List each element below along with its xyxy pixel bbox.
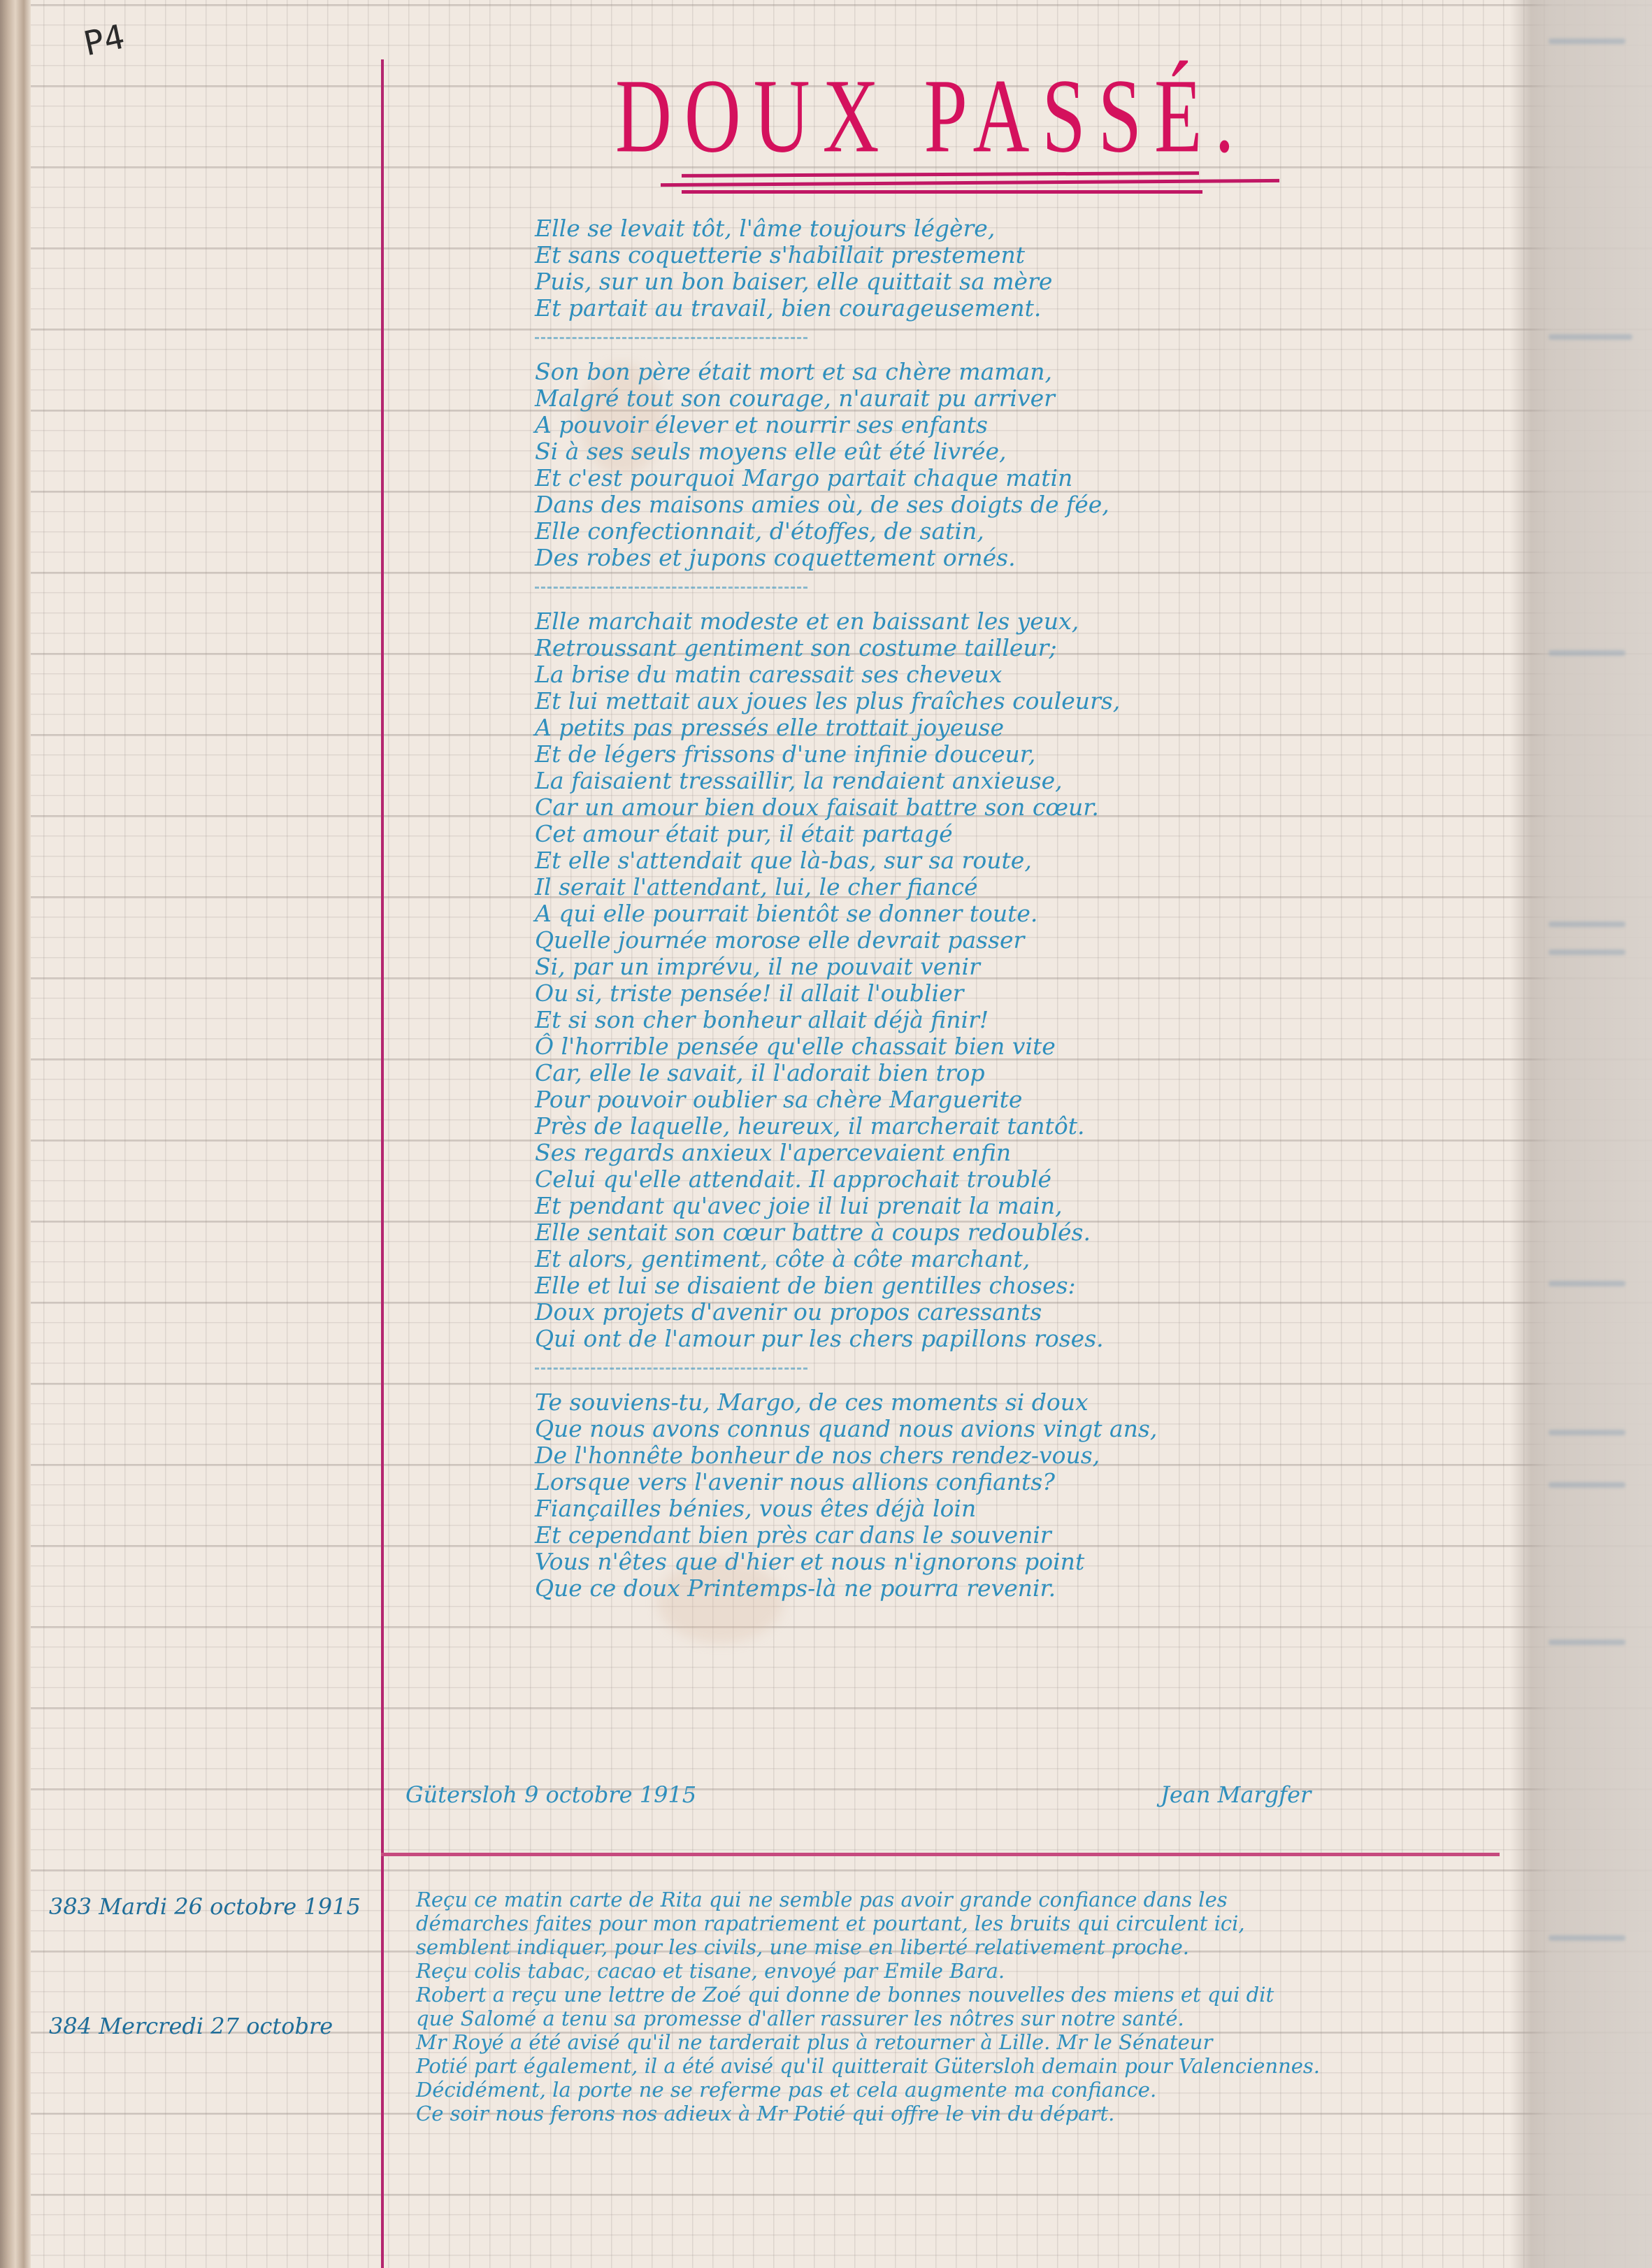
poem-line: A pouvoir élever et nourrir ses enfants: [535, 412, 1374, 438]
poem-line: Dans des maisons amies où, de ses doigts…: [535, 491, 1374, 518]
poem-line: Près de laquelle, heureux, il marcherait…: [535, 1113, 1374, 1140]
poem-line: Elle confectionnait, d'étoffes, de satin…: [535, 518, 1374, 545]
poem-line: De l'honnête bonheur de nos chers rendez…: [535, 1442, 1374, 1469]
title-underline: [661, 179, 1279, 187]
journal-line: Robert a reçu une lettre de Zoé qui donn…: [416, 1983, 1500, 2007]
journal-line: Décidément, la porte ne se referme pas e…: [416, 2078, 1500, 2102]
journal-line: semblent indiquer, pour les civils, une …: [416, 1935, 1500, 1959]
poem-line: Et lui mettait aux joues les plus fraîch…: [535, 688, 1374, 715]
journal-entry: Reçu ce matin carte de Rita qui ne sembl…: [416, 1888, 1500, 1983]
poem-line: Il serait l'attendant, lui, le cher fian…: [535, 874, 1374, 900]
poem-line: Et alors, gentiment, côte à côte marchan…: [535, 1246, 1374, 1272]
poem-line: Elle et lui se disaient de bien gentille…: [535, 1272, 1374, 1299]
poem-line: Elle sentait son cœur battre à coups red…: [535, 1219, 1374, 1246]
journal-line: Ce soir nous ferons nos adieux à Mr Poti…: [416, 2102, 1500, 2125]
poem-body: Elle se levait tôt, l'âme toujours légèr…: [535, 215, 1374, 1602]
section-divider: [381, 1853, 1500, 1856]
ink-bleed-mark: [1549, 949, 1625, 955]
poem-line: Te souviens-tu, Margo, de ces moments si…: [535, 1389, 1374, 1416]
ink-bleed-mark: [1549, 1430, 1625, 1435]
margin-line: [381, 59, 384, 2268]
journal-line: Mr Royé a été avisé qu'il ne tarderait p…: [416, 2030, 1500, 2054]
journal-line: Reçu colis tabac, cacao et tisane, envoy…: [416, 1959, 1500, 1983]
poem-signature: Jean Margfer: [1161, 1781, 1311, 1808]
journal-line: que Salomé a tenu sa promesse d'aller ra…: [416, 2007, 1500, 2030]
poem-line: Doux projets d'avenir ou propos caressan…: [535, 1299, 1374, 1326]
page-binding-edge: [0, 0, 31, 2268]
poem-stanza: Te souviens-tu, Margo, de ces moments si…: [535, 1389, 1374, 1602]
poem-stanza: Elle se levait tôt, l'âme toujours légèr…: [535, 215, 1374, 322]
poem-line: A petits pas pressés elle trottait joyeu…: [535, 715, 1374, 741]
poem-line: Puis, sur un bon baiser, elle quittait s…: [535, 268, 1374, 295]
poem-line: Car, elle le savait, il l'adorait bien t…: [535, 1060, 1374, 1086]
stanza-separator: [535, 587, 807, 589]
poem-title: DOUX PASSÉ.: [615, 56, 1272, 178]
poem-line: Ou si, triste pensée! il allait l'oublie…: [535, 980, 1374, 1007]
poem-line: Vous n'êtes que d'hier et nous n'ignoron…: [535, 1549, 1374, 1575]
stanza-separator: [535, 337, 807, 339]
poem-line: Et pendant qu'avec joie il lui prenait l…: [535, 1193, 1374, 1219]
poem-line: Des robes et jupons coquettement ornés.: [535, 545, 1374, 571]
poem-line: Si, par un imprévu, il ne pouvait venir: [535, 954, 1374, 980]
poem-line: Retroussant gentiment son costume taille…: [535, 635, 1374, 661]
page-number: P4: [80, 17, 128, 64]
ink-bleed-mark: [1549, 650, 1625, 656]
ink-bleed-mark: [1549, 1281, 1625, 1286]
poem-line: Pour pouvoir oublier sa chère Marguerite: [535, 1086, 1374, 1113]
title-underline: [682, 190, 1202, 194]
journal-body: Reçu ce matin carte de Rita qui ne sembl…: [416, 1888, 1500, 2125]
poem-line: Fiançailles bénies, vous êtes déjà loin: [535, 1495, 1374, 1522]
stanza-separator: [535, 1368, 807, 1370]
poem-line: Et cependant bien près car dans le souve…: [535, 1522, 1374, 1549]
ink-bleed-mark: [1549, 334, 1632, 340]
ink-bleed-mark: [1549, 1482, 1625, 1488]
ink-bleed-mark: [1549, 38, 1625, 44]
poem-place-date: Gütersloh 9 octobre 1915: [405, 1781, 696, 1808]
poem-line: Cet amour était pur, il était partagé: [535, 821, 1374, 847]
poem-line: Qui ont de l'amour pur les chers papillo…: [535, 1326, 1374, 1352]
poem-line: Car un amour bien doux faisait battre so…: [535, 794, 1374, 821]
poem-line: Ses regards anxieux l'apercevaient enfin: [535, 1140, 1374, 1166]
ink-bleed-mark: [1549, 1935, 1625, 1941]
poem-line: Malgré tout son courage, n'aurait pu arr…: [535, 385, 1374, 412]
poem-line: Si à ses seuls moyens elle eût été livré…: [535, 438, 1374, 465]
poem-line: Elle marchait modeste et en baissant les…: [535, 608, 1374, 635]
poem-line: Son bon père était mort et sa chère mama…: [535, 359, 1374, 385]
notebook-page: P4 DOUX PASSÉ. Elle se levait tôt, l'âme…: [0, 0, 1652, 2268]
poem-line: A qui elle pourrait bientôt se donner to…: [535, 900, 1374, 927]
poem-line: Celui qu'elle attendait. Il approchait t…: [535, 1166, 1374, 1193]
poem-line: Et sans coquetterie s'habillait presteme…: [535, 242, 1374, 268]
journal-line: Potié part également, il a été avisé qu'…: [416, 2054, 1500, 2078]
poem-line: Et de légers frissons d'une infinie douc…: [535, 741, 1374, 768]
journal-entry: Robert a reçu une lettre de Zoé qui donn…: [416, 1983, 1500, 2125]
poem-line: Que nous avons connus quand nous avions …: [535, 1416, 1374, 1442]
poem-line: Et elle s'attendait que là-bas, sur sa r…: [535, 847, 1374, 874]
journal-entry-label: 383 Mardi 26 octobre 1915: [49, 1893, 361, 1920]
poem-stanza: Son bon père était mort et sa chère mama…: [535, 359, 1374, 571]
journal-line: démarches faites pour mon rapatriement e…: [416, 1911, 1500, 1935]
poem-line: La brise du matin caressait ses cheveux: [535, 661, 1374, 688]
poem-line: Elle se levait tôt, l'âme toujours légèr…: [535, 215, 1374, 242]
poem-line: Et si son cher bonheur allait déjà finir…: [535, 1007, 1374, 1033]
ink-bleed-mark: [1549, 921, 1625, 927]
poem-line: Quelle journée morose elle devrait passe…: [535, 927, 1374, 954]
journal-line: Reçu ce matin carte de Rita qui ne sembl…: [416, 1888, 1500, 1911]
journal-entry-label: 384 Mercredi 27 octobre: [49, 2013, 333, 2039]
poem-line: Ô l'horrible pensée qu'elle chassait bie…: [535, 1033, 1374, 1060]
poem-stanza: Elle marchait modeste et en baissant les…: [535, 608, 1374, 1352]
poem-line: La faisaient tressaillir, la rendaient a…: [535, 768, 1374, 794]
poem-line: Que ce doux Printemps-là ne pourra reven…: [535, 1575, 1374, 1602]
page-gutter-shadow: [1510, 0, 1652, 2268]
ink-bleed-mark: [1549, 1639, 1625, 1645]
poem-line: Et c'est pourquoi Margo partait chaque m…: [535, 465, 1374, 491]
poem-line: Lorsque vers l'avenir nous allions confi…: [535, 1469, 1374, 1495]
poem-line: Et partait au travail, bien courageuseme…: [535, 295, 1374, 322]
